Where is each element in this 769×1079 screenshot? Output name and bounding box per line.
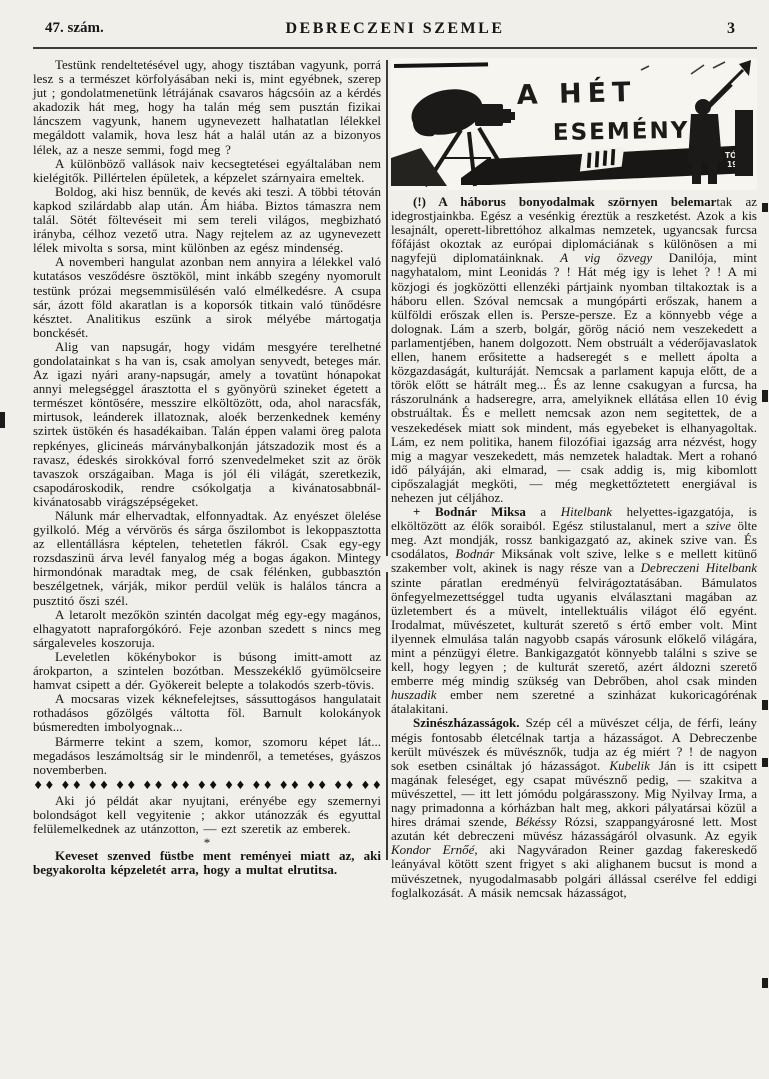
paragraph: Bármerre tekint a szem, komor, szomoru k… — [33, 735, 381, 777]
text-run: Szinészházasságok. — [413, 715, 520, 730]
text-run: Hitelbank — [561, 504, 612, 519]
article-actor-marriages: Szinészházasságok. Szép cél a müvészet c… — [391, 716, 757, 899]
article-bodnar-obituary: + Bodnár Miksa a Hitelbank helyettes-iga… — [391, 505, 757, 716]
scan-artifact — [762, 390, 768, 402]
publication-title: DEBRECZENI SZEMLE — [33, 20, 757, 38]
text-run: ember nem szeretné a szinházat kukoricag… — [391, 687, 757, 716]
page-number: 3 — [727, 20, 735, 38]
paragraph: A mocsaras vizek kéknefelejtses, sássutt… — [33, 692, 381, 734]
article-war-complications: (!) A háborus bonyodalmak szörnyen belem… — [391, 195, 757, 505]
column-divider-rule — [386, 60, 388, 860]
text-run: (!) A háborus bonyodalmak szörnyen belem… — [413, 194, 716, 209]
page-header: 47. szám. DEBRECZENI SZEMLE 3 — [33, 20, 757, 42]
text-run: huszadik — [391, 687, 437, 702]
text-run: szive — [706, 518, 731, 533]
paragraph: Alig van napsugár, hogy vidám mesgyére t… — [33, 340, 381, 509]
scan-artifact — [0, 412, 5, 428]
text-run: Danilója, mint nagyhatalom, mint Leonidá… — [391, 250, 757, 505]
paragraph: Boldog, aki hisz bennük, de kevés aki te… — [33, 185, 381, 255]
text-run: szinte páratlan eredményü felvirágoztatá… — [391, 575, 757, 689]
scan-artifact — [762, 700, 768, 710]
text-run: Békéssy — [515, 814, 556, 829]
masthead-title-line1: A HÉT — [516, 76, 637, 111]
text-run: Debreczeni Hitelbank — [641, 560, 757, 575]
paragraph: A novemberi hangulat azonban nem annyira… — [33, 255, 381, 340]
text-run: a — [526, 504, 561, 519]
left-column: Testünk rendeltetésével ugy, ahogy tiszt… — [33, 58, 381, 900]
aphorism: Aki jó példát akar nyujtani, erényébe eg… — [33, 794, 381, 836]
masthead-illustration: A HÉT ESEMÉNYEI — [391, 58, 757, 190]
header-rule — [33, 47, 757, 49]
text-run: + Bodnár Miksa — [413, 504, 526, 519]
right-column: A HÉT ESEMÉNYEI — [391, 58, 757, 900]
paragraph: A letarolt mezőkön szintén dacolgat még … — [33, 608, 381, 650]
two-column-layout: Testünk rendeltetésével ugy, ahogy tiszt… — [33, 58, 757, 900]
week-events-masthead-art: A HÉT ESEMÉNYEI — [391, 58, 757, 190]
text-run: Kondor Ernőé — [391, 842, 474, 857]
paragraph: A különböző vallások naiv kecsegtetései … — [33, 157, 381, 185]
star-separator: * — [33, 837, 381, 848]
text-run: Kubelik — [609, 758, 649, 773]
text-run: Bodnár — [455, 546, 494, 561]
paragraph: Leveletlen kökénybokor is búsong imitt-a… — [33, 650, 381, 692]
scan-artifact — [762, 758, 768, 767]
paragraph: Testünk rendeltetésével ugy, ahogy tiszt… — [33, 58, 381, 157]
newspaper-page: 47. szám. DEBRECZENI SZEMLE 3 Testünk re… — [0, 0, 769, 1079]
aphorism: Keveset szenved füstbe ment reményei mia… — [33, 849, 381, 877]
text-run: A vig özvegy — [560, 250, 652, 265]
diamond-ornament-divider: ♦♦ ♦♦ ♦♦ ♦♦ ♦♦ ♦♦ ♦♦ ♦♦ ♦♦ ♦♦ ♦♦ ♦♦ ♦♦ ♦… — [33, 778, 381, 793]
scan-artifact — [762, 203, 768, 212]
paragraph: Nálunk már elhervadtak, elfonnyadtak. Az… — [33, 509, 381, 608]
scan-artifact — [762, 978, 768, 988]
